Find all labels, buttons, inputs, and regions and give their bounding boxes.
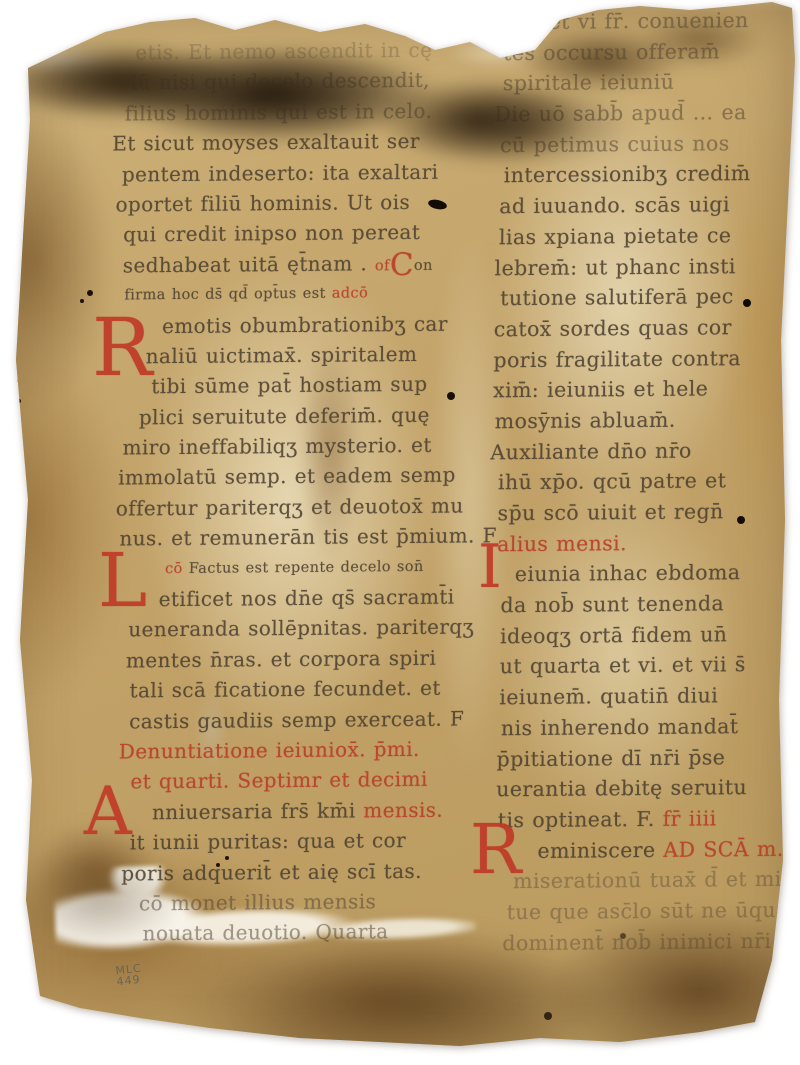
body-text: cū petimus cuius nos — [500, 131, 730, 157]
manuscript-text-line: tibi sūme pat̄ hostiam sup — [105, 369, 481, 403]
body-text: miro ineffabiliqʒ mysterio. et — [122, 433, 432, 460]
body-text: ideoqʒ ortā fidem un̄ — [500, 622, 728, 648]
body-text: Factus est repente decelo son̄ — [189, 558, 424, 576]
body-text: lū nisi qui decelo descendit, — [131, 68, 430, 95]
manuscript-text-line: offertur pariterqʒ et deuotox̄ mu — [104, 490, 480, 524]
manuscript-text-line: nouata deuotio. Quarta — [98, 916, 474, 950]
body-text: sedhabeat uitā ęt̄nam . — [123, 251, 375, 277]
manuscript-text-line: Denuntiatione ieiuniox̄. p̄mi. — [101, 733, 477, 767]
body-text: emotis obumbrationibʒ car — [162, 311, 448, 337]
ink-specks — [0, 0, 4, 4]
body-text: lebrem̄: ut phanc insti — [494, 254, 735, 280]
body-text: ihū xp̄o. qcū patre et — [498, 469, 727, 495]
manuscript-text-line: tis optineat. F. fr̄ iiii — [486, 803, 792, 836]
body-text: poris fragilitate contra — [493, 346, 741, 372]
body-text: tes occursu offeram̄ — [503, 39, 720, 65]
body-text: tibi sūme pat̄ hostiam sup — [151, 372, 428, 398]
shelfmark-line2: 449 — [116, 974, 143, 988]
manuscript-text-line: ueneranda sollēpnitas. pariterqʒ — [102, 612, 478, 646]
manuscript-leaf-wrapper: etis. Et nemo ascendit in cęlū nisi qui … — [0, 0, 800, 1065]
body-text: pentem indeserto: ita exaltari — [122, 159, 439, 186]
manuscript-text-line: lebrem̄: ut phanc insti — [492, 250, 798, 283]
manuscript-text-line: alius mensi. — [489, 526, 795, 559]
manuscript-text-line: filius hominis qui est in celo. — [108, 95, 484, 129]
rubric-text: adcō — [326, 285, 369, 301]
body-text: immolatū semp. et eadem semp — [118, 463, 456, 490]
body-text: ad iuuando. scās uigi — [499, 192, 730, 218]
manuscript-text-line: git et vi fr̄. conuenien — [495, 5, 800, 38]
body-text: poris adquerit̄ et aię scī tas. — [121, 858, 422, 885]
body-text: filius hominis qui est in celo. — [125, 99, 433, 126]
manuscript-text-line: miserationū tuax̄ d̄ et mie — [485, 864, 791, 897]
manuscript-text-line: cū petimus cuius nos — [494, 127, 800, 160]
rubric-text: of — [375, 258, 390, 274]
body-text: ieiunem̄. quatin̄ diui — [499, 683, 718, 709]
manuscript-text-line: lias xpiana pietate ce — [493, 219, 799, 252]
body-text: cō monet illius mensis — [139, 889, 377, 915]
manuscript-text-line: poris fragilitate contra — [491, 342, 797, 375]
manuscript-text-line: etificet nos dn̄e qs̄ sacramt̄i — [103, 581, 479, 615]
illuminated-initial-r: R — [92, 312, 152, 384]
manuscript-text-line: castis gaudiis semp exerceat. F — [101, 703, 477, 737]
rubric-text: cō — [165, 561, 189, 577]
manuscript-text-line: p̄pitiatione dī nr̄i p̄se — [486, 741, 792, 774]
body-text: Et sicut moyses exaltauit ser — [112, 129, 420, 156]
body-text: nniuersaria frs̄ km̄i — [152, 798, 364, 824]
rubric-text: Denuntiatione ieiuniox̄. p̄mi. — [119, 737, 420, 764]
body-text: firma hoc ds̄ qd̄ opt̄us est — [124, 286, 326, 304]
manuscript-text-line: emotis obumbrationibʒ car — [106, 308, 482, 342]
manuscript-text-line: Die uō sabb̄ apud̄ … ea — [494, 97, 800, 130]
manuscript-text-line: Auxiliante dn̄o nr̄o — [490, 434, 796, 467]
body-text: lias xpiana pietate ce — [499, 223, 732, 249]
body-text: git et vi fr̄. conuenien — [511, 8, 748, 34]
manuscript-text-line: nus. et remunerān tis est p̄mium. F — [103, 521, 479, 555]
manuscript-text-line: plici seruitute deferim̄. quę — [105, 399, 481, 433]
manuscript-text-line: qui credit inipso non pereat — [107, 217, 483, 251]
rubric-text: et quarti. Septimr et decimi — [130, 767, 428, 794]
body-text: da nob̄ sunt tenenda — [500, 591, 724, 617]
body-text: dominent̄ nob̄ inimici nr̄i — [502, 929, 771, 955]
parchment-leaf: etis. Et nemo ascendit in cęlū nisi qui … — [0, 0, 800, 1065]
body-text: oportet filiū hominis. Ut ois — [115, 190, 410, 217]
body-text: xim̄: ieiuniis et hele — [493, 377, 708, 403]
manuscript-text-line: da nob̄ sunt tenenda — [488, 588, 794, 621]
rubric-text: alius mensi. — [497, 531, 627, 556]
rubric-text: AD SCĀ m.ur — [663, 836, 800, 861]
manuscript-text-line: nis inherendo mandat̄ — [487, 711, 793, 744]
illuminated-initial-a: A — [84, 782, 132, 841]
photo-background: etis. Et nemo ascendit in cęlū nisi qui … — [0, 0, 800, 1065]
illuminated-initial-i: I — [478, 540, 502, 594]
illuminated-initial-l: L — [98, 548, 147, 615]
body-text: castis gaudiis semp exerceat. F — [129, 706, 464, 733]
manuscript-text-line: lū nisi qui decelo descendit, — [109, 65, 485, 99]
manuscript-text-line: nniuersaria frs̄ km̄i mensis. — [100, 794, 476, 828]
body-text: tutione salutiferā pec — [500, 284, 734, 310]
manuscript-text-line: et quarti. Septimr et decimi — [100, 764, 476, 798]
manuscript-text-line: sedhabeat uitā ęt̄nam . ofCon — [107, 247, 483, 281]
manuscript-text-line: cō Factus est repente decelo son̄ — [103, 551, 479, 585]
body-text: plici seruitute deferim̄. quę — [139, 402, 430, 429]
manuscript-text-line: poris adquerit̄ et aię scī tas. — [99, 855, 475, 889]
text-column-right: git et vi fr̄. conuenientes occursu offe… — [484, 5, 800, 959]
body-text: ueneranda sollēpnitas. pariterqʒ — [128, 615, 474, 642]
manuscript-text-line: eminiscere AD SCĀ m.ur — [485, 833, 791, 866]
manuscript-text-line: tutione salutiferā pec — [492, 281, 798, 314]
body-text: intercessionibʒ credim̄ — [504, 161, 751, 187]
body-text: uerantia debitę seruitu — [496, 775, 747, 801]
body-text: eiunia inhac ebdoma — [515, 561, 741, 587]
body-text: it iunii puritas: qua et cor — [130, 828, 407, 854]
manuscript-text-line: sp̄u scō uiuit et regn̄ — [489, 496, 795, 529]
manuscript-text-line: intercessionibʒ credim̄ — [494, 158, 800, 191]
body-text: on — [414, 257, 433, 273]
manuscript-text-line: uerantia debitę seruitu — [486, 772, 792, 805]
manuscript-text-line: ieiunem̄. quatin̄ diui — [487, 680, 793, 713]
manuscript-text-line: firma hoc ds̄ qd̄ opt̄us est adcō — [106, 277, 482, 311]
body-text: Auxiliante dn̄o nr̄o — [490, 438, 692, 464]
body-text: eminiscere — [537, 837, 663, 862]
manuscript-text-line: tue que asc̄lo sūt ne ūquā — [485, 895, 791, 928]
body-text: catox̄ sordes quas cor — [494, 315, 732, 341]
manuscript-text-line: mosȳnis abluam̄. — [491, 404, 797, 437]
body-text: p̄pitiatione dī nr̄i p̄se — [496, 745, 725, 771]
manuscript-text-line: xim̄: ieiuniis et hele — [491, 373, 797, 406]
body-text: naliū uictimax̄. spiritalem — [146, 342, 418, 368]
body-text: spiritale ieiuniū — [503, 70, 675, 95]
rubric-text: fr̄ iiii — [663, 806, 717, 830]
manuscript-text-line: naliū uictimax̄. spiritalem — [105, 338, 481, 372]
manuscript-text-line: catox̄ sordes quas cor — [492, 312, 798, 345]
manuscript-text-line: ut quarta et vi. et vii s̄ — [488, 649, 794, 682]
manuscript-text-line: etis. Et nemo ascendit in cę — [109, 34, 485, 68]
body-text: miserationū tuax̄ d̄ et mie — [513, 867, 794, 893]
body-text: offertur pariterqʒ et deuotox̄ mu — [116, 493, 464, 520]
body-text: sp̄u scō uiuit et regn̄ — [497, 499, 723, 525]
body-text: nis inherendo mandat̄ — [501, 714, 739, 740]
manuscript-text-line: dominent̄ nob̄ inimici nr̄i — [484, 925, 790, 958]
body-text: nouata deuotio. Quarta — [142, 920, 388, 946]
rubric-text: mensis. — [363, 797, 443, 822]
manuscript-text-line: tali scā ficatione fecundet. et — [101, 673, 477, 707]
body-text: qui credit inipso non pereat — [123, 220, 420, 247]
illuminated-initial-r: R — [470, 820, 521, 881]
body-text: tali scā ficatione fecundet. et — [129, 676, 440, 703]
manuscript-text-line: pentem indeserto: ita exaltari — [108, 156, 484, 190]
body-text: mentes n̄ras. et corpora spiri — [126, 646, 437, 673]
body-text: nus. et remunerān tis est p̄mium. F — [119, 523, 497, 550]
manuscript-text-line: Et sicut moyses exaltauit ser — [108, 125, 484, 159]
text-block: etis. Et nemo ascendit in cęlū nisi qui … — [0, 0, 800, 1065]
manuscript-text-line: eiunia inhac ebdoma — [489, 557, 795, 590]
body-text: mosȳnis abluam̄. — [495, 408, 676, 434]
body-text: tue que asc̄lo sūt ne ūquā — [507, 898, 789, 924]
text-column-left: etis. Et nemo ascendit in cęlū nisi qui … — [98, 34, 485, 949]
manuscript-text-line: cō monet illius mensis — [99, 885, 475, 919]
body-text: etis. Et nemo ascendit in cę — [135, 38, 432, 65]
body-text: tis optineat. F. — [498, 807, 663, 832]
manuscript-text-line: miro ineffabiliqʒ mysterio. et — [104, 429, 480, 463]
body-text: Die uō sabb̄ apud̄ … ea — [494, 100, 746, 126]
shelfmark: MLC 449 — [115, 963, 143, 988]
manuscript-text-line: it iunii puritas: qua et cor — [100, 825, 476, 859]
manuscript-text-line: spiritale ieiuniū — [495, 66, 800, 99]
manuscript-text-line: immolatū semp. et eadem semp — [104, 460, 480, 494]
manuscript-text-line: mentes n̄ras. et corpora spiri — [102, 642, 478, 676]
manuscript-text-line: ideoqʒ ortā fidem un̄ — [488, 618, 794, 651]
manuscript-text-line: ihū xp̄o. qcū patre et — [490, 465, 796, 498]
manuscript-text-line: tes occursu offeram̄ — [495, 35, 800, 68]
body-text: etificet nos dn̄e qs̄ sacramt̄i — [159, 585, 455, 612]
body-text: ut quarta et vi. et vii s̄ — [500, 653, 746, 679]
manuscript-text-line: ad iuuando. scās uigi — [493, 189, 799, 222]
